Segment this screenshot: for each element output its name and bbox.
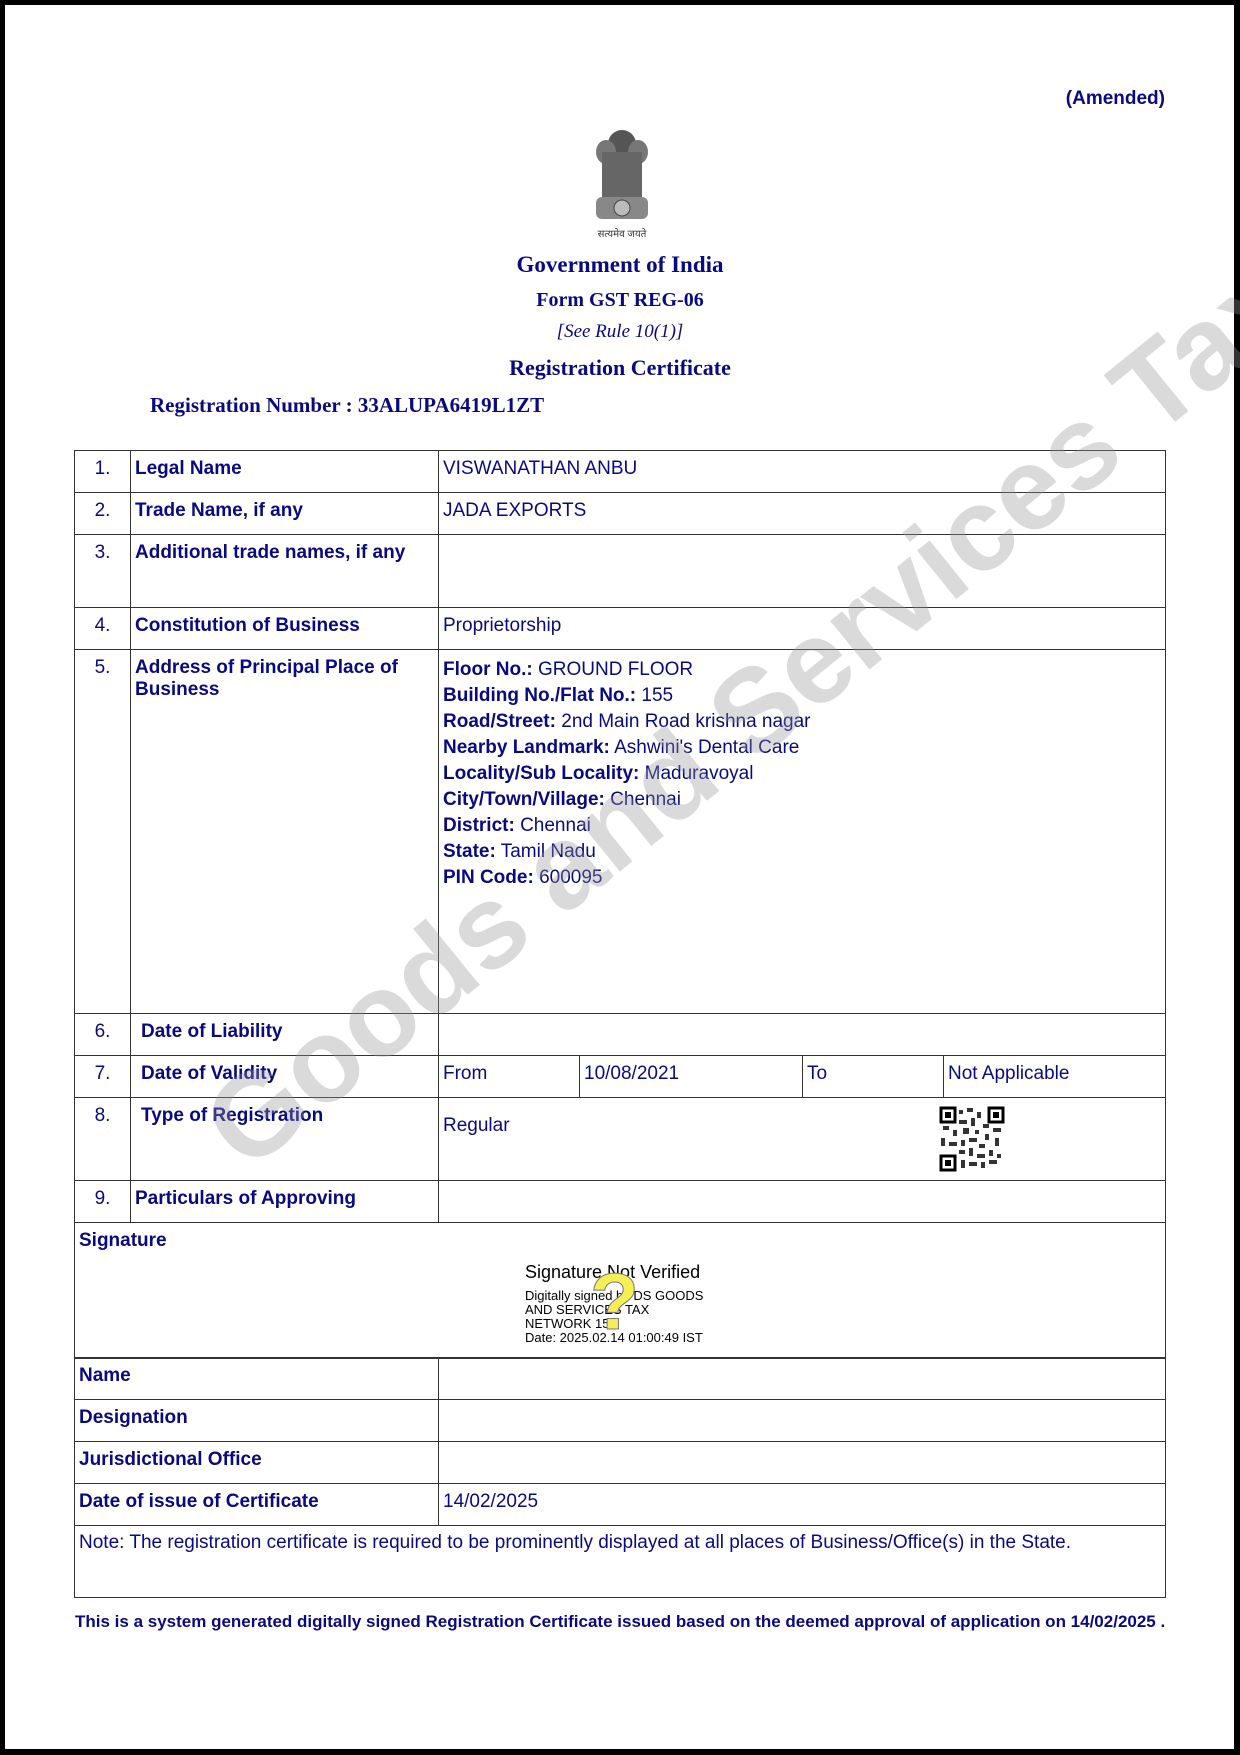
registration-number: Registration Number : 33ALUPA6419L1ZT bbox=[150, 393, 544, 418]
rule-reference: [See Rule 10(1)] bbox=[0, 321, 1240, 343]
table-row: 3. Additional trade names, if any bbox=[75, 535, 1166, 608]
table-row: Date of issue of Certificate 14/02/2025 bbox=[75, 1484, 1166, 1526]
table-row: 5. Address of Principal Place of Busines… bbox=[75, 650, 1166, 1014]
footer-note: This is a system generated digitally sig… bbox=[75, 1606, 1175, 1637]
svg-text:सत्यमेव जयते: सत्यमेव जयते bbox=[598, 228, 647, 240]
certificate-title: Registration Certificate bbox=[0, 355, 1240, 381]
table-row: 9. Particulars of Approving bbox=[75, 1181, 1166, 1223]
table-row: 8. Type of Registration Regular bbox=[75, 1098, 1166, 1181]
address-block: Floor No.: GROUND FLOOR Building No./Fla… bbox=[439, 650, 1166, 1014]
details-table: 1. Legal Name VISWANATHAN ANBU 2. Trade … bbox=[74, 450, 1166, 1359]
table-row: Name bbox=[75, 1358, 1166, 1400]
table-row: 6. Date of Liability bbox=[75, 1014, 1166, 1056]
table-row: 4. Constitution of Business Proprietorsh… bbox=[75, 608, 1166, 650]
note-row: Note: The registration certificate is re… bbox=[75, 1526, 1166, 1598]
national-emblem-icon: सत्यमेव जयते bbox=[584, 122, 660, 242]
table-row: Designation bbox=[75, 1400, 1166, 1442]
signature-status[interactable]: Signature Not Verified Digitally signed … bbox=[525, 1262, 703, 1345]
officer-table: Name Designation Jurisdictional Office D… bbox=[74, 1357, 1166, 1598]
amended-label: (Amended) bbox=[1066, 88, 1165, 110]
form-title: Form GST REG-06 bbox=[0, 289, 1240, 312]
table-row: 7. Date of Validity From 10/08/2021 To N… bbox=[75, 1056, 1166, 1098]
table-row: Jurisdictional Office bbox=[75, 1442, 1166, 1484]
government-title: Government of India bbox=[0, 252, 1240, 278]
qr-code-icon bbox=[939, 1106, 1005, 1172]
table-row: 2. Trade Name, if any JADA EXPORTS bbox=[75, 493, 1166, 535]
table-row: 1. Legal Name VISWANATHAN ANBU bbox=[75, 451, 1166, 493]
